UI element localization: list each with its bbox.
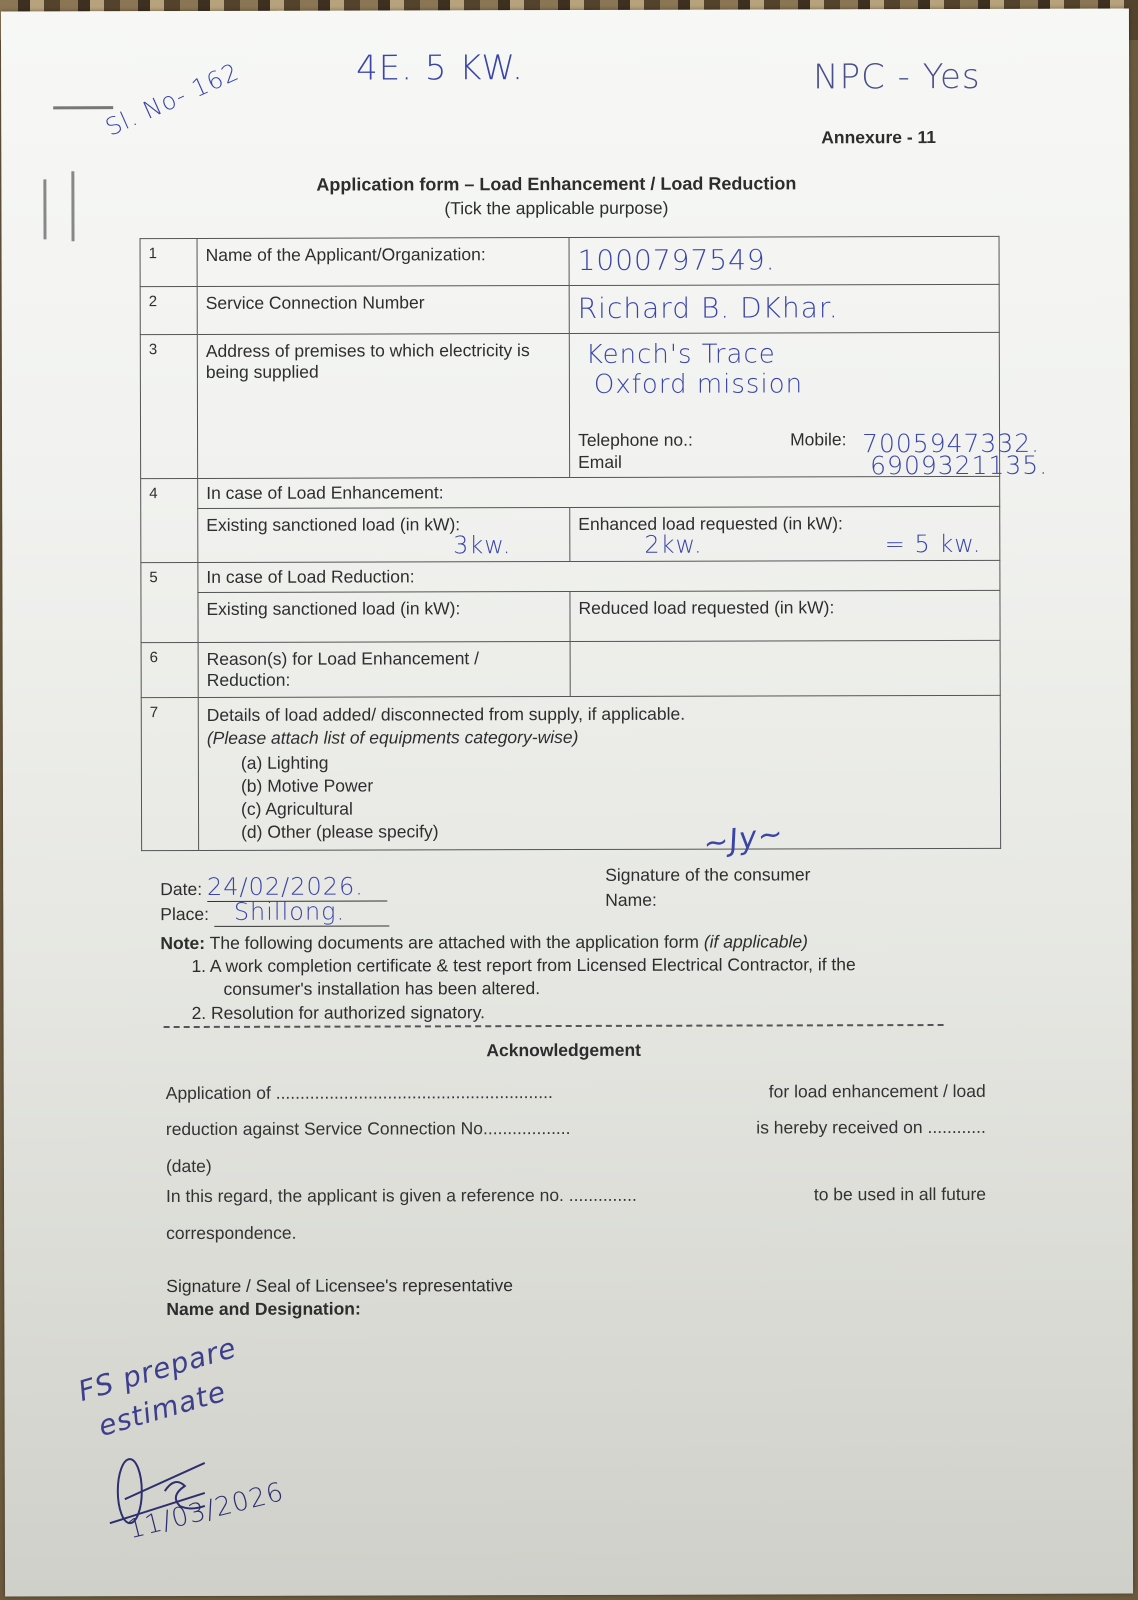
applicant-name-value: 1000797549. — [578, 243, 776, 277]
cut-line-divider — [164, 1024, 944, 1028]
table-row: Existing sanctioned load (in kW): 3kw. E… — [141, 506, 1000, 562]
ack-line-5: correspondence. — [166, 1221, 986, 1244]
reduced-load-label: Reduced load requested (in kW): — [578, 597, 834, 618]
ack-received-on: is hereby received on ............ — [756, 1117, 986, 1139]
existing-load-field[interactable]: Existing sanctioned load (in kW): 3kw. — [198, 507, 570, 562]
table-row: 2 Service Connection Number Richard B. D… — [140, 284, 999, 334]
service-connection-label: Service Connection Number — [197, 285, 569, 334]
row-number: 5 — [141, 562, 198, 642]
ack-application-of: Application of .........................… — [166, 1082, 553, 1104]
ack-future-use: to be used in all future — [814, 1184, 986, 1205]
category-other: (d) Other (please specify) — [241, 819, 992, 844]
address-line-2: Oxford mission — [594, 369, 991, 400]
application-table: 1 Name of the Applicant/Organization: 10… — [140, 236, 1002, 851]
consumer-name-label: Name: — [605, 890, 657, 911]
load-details-label: Details of load added/ disconnected from… — [207, 702, 992, 727]
table-row: 7 Details of load added/ disconnected fr… — [141, 695, 1000, 850]
applicant-name-field[interactable]: 1000797549. — [569, 236, 999, 285]
licensee-name-label: Name and Designation: — [166, 1299, 361, 1321]
row-number: 4 — [141, 478, 198, 562]
ack-line-4: In this regard, the applicant is given a… — [166, 1184, 986, 1207]
ack-purpose: for load enhancement / load — [769, 1081, 986, 1103]
table-row: 3 Address of premises to which electrici… — [140, 332, 999, 478]
total-load-value: = 5 kw. — [885, 534, 982, 554]
table-row: 4 In case of Load Enhancement: — [141, 476, 1000, 508]
telephone-label: Telephone no.: — [578, 429, 693, 451]
reduced-load-field[interactable]: Reduced load requested (in kW): — [570, 590, 1000, 641]
staple-mark-vertical — [71, 171, 74, 241]
category-motive-power: (b) Motive Power — [241, 773, 992, 798]
note-item-1-cont: consumer's installation has been altered… — [223, 978, 540, 1000]
ack-date: (date) — [166, 1156, 212, 1177]
mobile-number-2: 6909321135. — [870, 451, 1048, 480]
handwritten-npc-note: NPC - Yes — [813, 57, 981, 97]
existing-load-label: Existing sanctioned load (in kW): — [206, 514, 460, 535]
date-label: Date: — [160, 879, 202, 899]
enhanced-load-field[interactable]: Enhanced load requested (in kW): 2kw. = … — [570, 506, 1000, 561]
table-row: 5 In case of Load Reduction: — [141, 560, 1000, 592]
category-lighting: (a) Lighting — [241, 750, 992, 775]
category-agricultural: (c) Agricultural — [241, 796, 992, 821]
note-text-italic: (if applicable) — [704, 931, 808, 951]
load-reduction-heading: In case of Load Reduction: — [198, 560, 1000, 592]
row-number: 3 — [140, 334, 197, 478]
service-connection-field[interactable]: Richard B. DKhar. — [569, 284, 999, 333]
enhanced-load-label: Enhanced load requested (in kW): — [578, 513, 843, 534]
load-details-cell: Details of load added/ disconnected from… — [198, 695, 1000, 850]
note-text: The following documents are attached wit… — [210, 932, 699, 953]
load-enhancement-heading: In case of Load Enhancement: — [198, 476, 1000, 508]
handwritten-load-note: 4E. 5 KW. — [356, 48, 524, 88]
ack-service-connection: reduction against Service Connection No.… — [166, 1118, 571, 1140]
reason-label: Reason(s) for Load Enhancement / Reducti… — [198, 641, 570, 697]
note-item-1: 1. A work completion certificate & test … — [191, 954, 855, 977]
table-row: 6 Reason(s) for Load Enhancement / Reduc… — [141, 640, 1000, 697]
mobile-label: Mobile: — [790, 429, 846, 450]
service-connection-value: Richard B. DKhar. — [578, 291, 839, 325]
staple-mark — [53, 106, 113, 109]
row-number: 6 — [141, 642, 198, 697]
note-label: Note: — [160, 933, 205, 953]
ack-line-1: Application of .........................… — [166, 1081, 986, 1104]
address-line-1: Kench's Trace — [586, 339, 991, 370]
ack-reference-no: In this regard, the applicant is given a… — [166, 1185, 637, 1207]
table-row: 1 Name of the Applicant/Organization: 10… — [140, 236, 999, 286]
row-number: 7 — [141, 697, 198, 850]
place-row: Place: Shillong. — [160, 897, 389, 927]
annexure-label: Annexure - 11 — [821, 127, 936, 148]
address-field[interactable]: Kench's Trace Oxford mission Telephone n… — [569, 332, 999, 477]
ack-line-2: reduction against Service Connection No.… — [166, 1117, 986, 1140]
address-label: Address of premises to which electricity… — [197, 333, 569, 478]
note-item-2: 2. Resolution for authorized signatory. — [192, 1002, 486, 1024]
place-field[interactable]: Shillong. — [214, 897, 389, 926]
staple-mark-vertical — [43, 179, 46, 239]
existing-load-value: 3kw. — [206, 535, 511, 556]
place-value: Shillong. — [234, 898, 345, 926]
form-subtitle: (Tick the applicable purpose) — [251, 197, 861, 220]
ack-line-3: (date) — [166, 1154, 986, 1177]
note-line: Note: The following documents are attach… — [160, 931, 808, 954]
row-number: 2 — [140, 286, 197, 334]
licensee-signature-label: Signature / Seal of Licensee's represent… — [166, 1275, 513, 1297]
consumer-signature-label: Signature of the consumer — [605, 864, 810, 886]
reduction-existing-load-field[interactable]: Existing sanctioned load (in kW): — [198, 591, 570, 642]
reduction-existing-load-label: Existing sanctioned load (in kW): — [206, 598, 460, 619]
ack-correspondence: correspondence. — [166, 1223, 296, 1244]
application-form-page: Sl. No- 162 4E. 5 KW. NPC - Yes Annexure… — [1, 9, 1133, 1597]
form-title: Application form – Load Enhancement / Lo… — [251, 173, 861, 196]
applicant-name-label: Name of the Applicant/Organization: — [197, 237, 569, 286]
email-label: Email — [578, 451, 693, 473]
load-details-note: (Please attach list of equipments catego… — [207, 725, 992, 750]
handwritten-serial-no: Sl. No- 162 — [101, 58, 243, 142]
place-label: Place: — [160, 904, 209, 924]
table-row: Existing sanctioned load (in kW): Reduce… — [141, 590, 1000, 642]
acknowledgement-title: Acknowledgement — [404, 1040, 724, 1062]
enhanced-load-value: 2kw. — [644, 535, 702, 555]
reason-field[interactable] — [570, 640, 1000, 696]
row-number: 1 — [140, 238, 197, 286]
